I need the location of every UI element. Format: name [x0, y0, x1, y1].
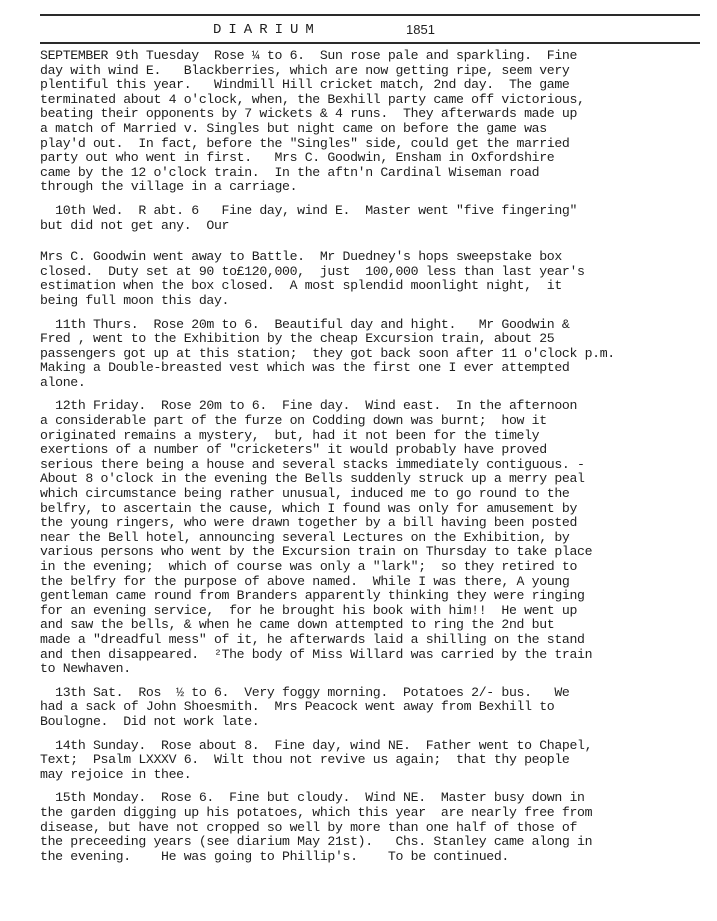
entry-line: day with wind E. Blackberries, which are… — [40, 64, 710, 79]
diary-year: 1851 — [406, 20, 435, 40]
entry-line: 15th Monday. Rose 6. Fine but cloudy. Wi… — [40, 791, 710, 806]
entry-line: 14th Sunday. Rose about 8. Fine day, win… — [40, 739, 710, 754]
entry-line: beating their opponents by 7 wickets & 4… — [40, 107, 710, 122]
entry-line: Text; Psalm LXXXV 6. Wilt thou not reviv… — [40, 753, 710, 768]
entry-line: disease, but have not cropped so well by… — [40, 821, 710, 836]
entry-line: near the Bell hotel, announcing several … — [40, 531, 710, 546]
entry-line: 12th Friday. Rose 20m to 6. Fine day. Wi… — [40, 399, 710, 414]
entry-line: and then disappeared. ²The body of Miss … — [40, 648, 710, 663]
entry-line: play'd out. In fact, before the "Singles… — [40, 137, 710, 152]
entry-line: being full moon this day. — [40, 294, 710, 309]
entry-line: the preceeding years (see diarium May 21… — [40, 835, 710, 850]
entry-line: but did not get any. Our — [40, 219, 710, 234]
entry-line: exertions of a number of "cricketers" it… — [40, 443, 710, 458]
entry-14th: 14th Sunday. Rose about 8. Fine day, win… — [40, 739, 710, 783]
entry-12th: 12th Friday. Rose 20m to 6. Fine day. Wi… — [40, 399, 710, 676]
entry-line: for an evening service, for he brought h… — [40, 604, 710, 619]
entry-line: SEPTEMBER 9th Tuesday Rose ¼ to 6. Sun r… — [40, 49, 710, 64]
entry-line: Boulogne. Did not work late. — [40, 715, 710, 730]
header-rule-bottom — [40, 42, 700, 44]
entry-line: gentleman came round from Branders appar… — [40, 589, 710, 604]
header-rule-top — [40, 14, 700, 16]
diary-body: SEPTEMBER 9th Tuesday Rose ¼ to 6. Sun r… — [40, 49, 710, 864]
entry-line: had a sack of John Shoesmith. Mrs Peacoc… — [40, 700, 710, 715]
entry-line: Mrs C. Goodwin went away to Battle. Mr D… — [40, 250, 710, 265]
entry-line: closed. Duty set at 90 to£120,000, just … — [40, 265, 710, 280]
entry-line: made a "dreadful mess" of it, he afterwa… — [40, 633, 710, 648]
entry-line: in the evening; which of course was only… — [40, 560, 710, 575]
entry-line: belfry, to ascertain the cause, which I … — [40, 502, 710, 517]
entry-line: About 8 o'clock in the evening the Bells… — [40, 472, 710, 487]
entry-line: a match of Married v. Singles but night … — [40, 122, 710, 137]
page-header: DIARIUM 1851 — [0, 20, 717, 40]
entry-line: may rejoice in thee. — [40, 768, 710, 783]
entry-line: plentiful this year. Windmill Hill crick… — [40, 78, 710, 93]
entry-line: party out who went in first. Mrs C. Good… — [40, 151, 710, 166]
entry-line: the evening. He was going to Phillip's. … — [40, 850, 710, 865]
entry-line: the belfry for the purpose of above name… — [40, 575, 710, 590]
entry-line: passengers got up at this station; they … — [40, 347, 710, 362]
entry-line: estimation when the box closed. A most s… — [40, 279, 710, 294]
entry-11th: 11th Thurs. Rose 20m to 6. Beautiful day… — [40, 318, 710, 391]
entry-line: terminated about 4 o'clock, when, the Be… — [40, 93, 710, 108]
entry-line: came by the 12 o'clock train. In the aft… — [40, 166, 710, 181]
entry-line: a considerable part of the furze on Codd… — [40, 414, 710, 429]
entry-15th: 15th Monday. Rose 6. Fine but cloudy. Wi… — [40, 791, 710, 864]
entry-line: Making a Double-breasted vest which was … — [40, 361, 710, 376]
entry-line: originated remains a mystery, but, had i… — [40, 429, 710, 444]
entry-13th: 13th Sat. Ros ½ to 6. Very foggy morning… — [40, 686, 710, 730]
entry-line: the garden digging up his potatoes, whic… — [40, 806, 710, 821]
entry-line: 13th Sat. Ros ½ to 6. Very foggy morning… — [40, 686, 710, 701]
entry-9th: SEPTEMBER 9th Tuesday Rose ¼ to 6. Sun r… — [40, 49, 710, 195]
entry-line: 11th Thurs. Rose 20m to 6. Beautiful day… — [40, 318, 710, 333]
entry-line: alone. — [40, 376, 710, 391]
entry-line: and saw the bells, & when he came down a… — [40, 618, 710, 633]
entry-line: through the village in a carriage. — [40, 180, 710, 195]
diary-title: DIARIUM — [213, 20, 321, 40]
entry-line: to Newhaven. — [40, 662, 710, 677]
entry-line: Fred , went to the Exhibition by the che… — [40, 332, 710, 347]
entry-10th-continued: Mrs C. Goodwin went away to Battle. Mr D… — [40, 250, 710, 308]
entry-line: 10th Wed. R abt. 6 Fine day, wind E. Mas… — [40, 204, 710, 219]
entry-line: serious there being a house and several … — [40, 458, 710, 473]
entry-line: the young ringers, who were drawn togeth… — [40, 516, 710, 531]
entry-line: various persons who went by the Excursio… — [40, 545, 710, 560]
entry-10th: 10th Wed. R abt. 6 Fine day, wind E. Mas… — [40, 204, 710, 233]
entry-line: which circumstance being rather unusual,… — [40, 487, 710, 502]
